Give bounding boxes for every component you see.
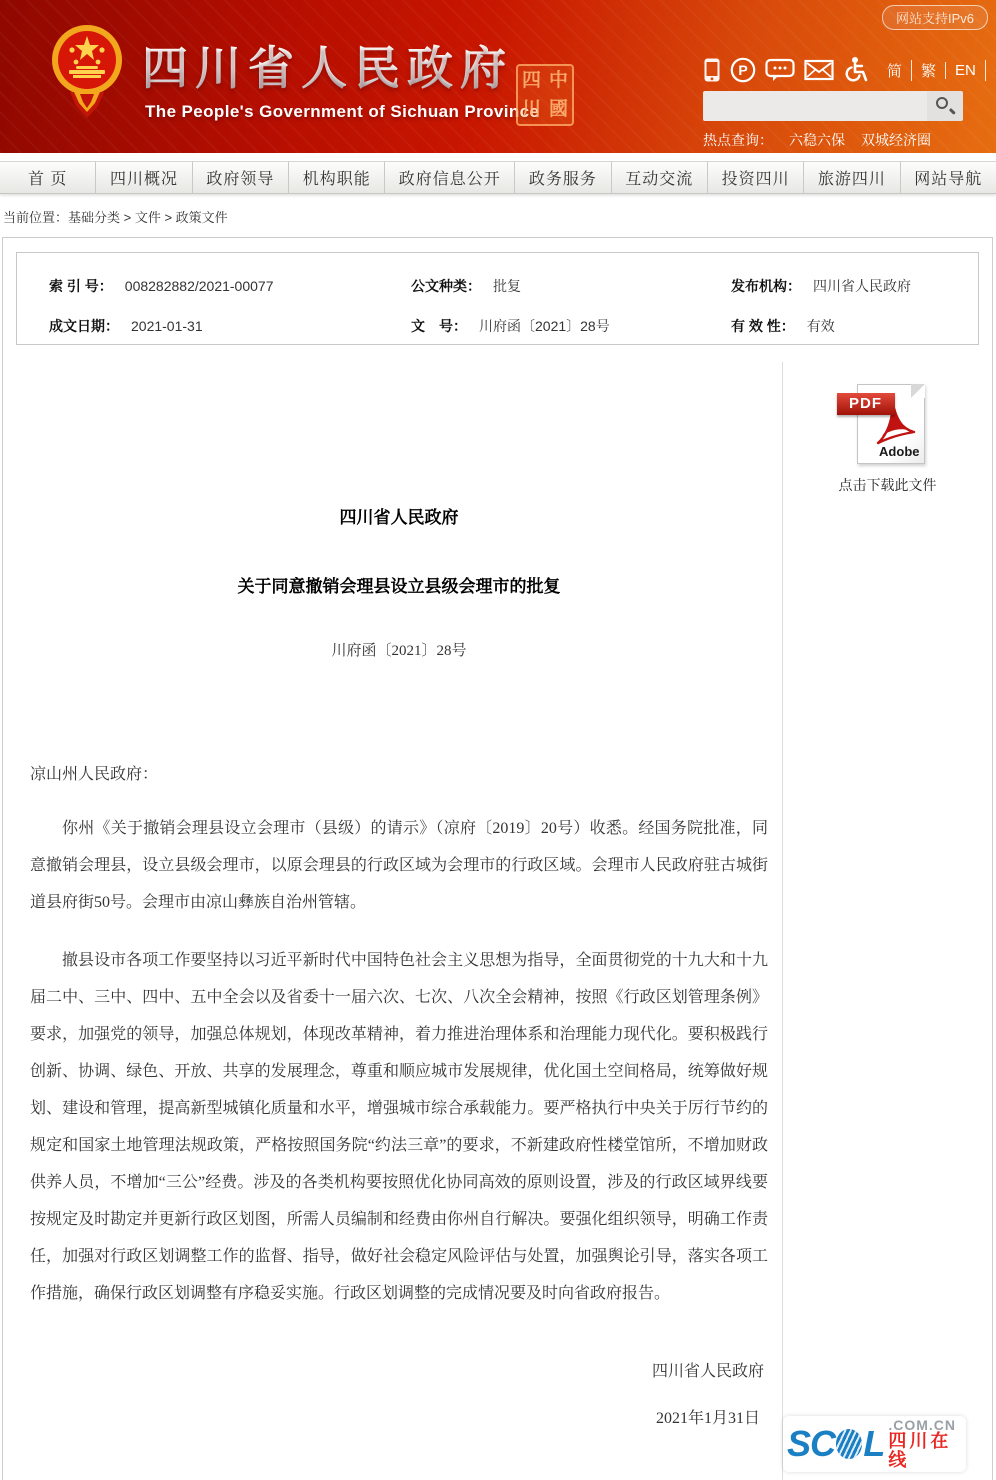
meta-row: 成文日期： 2021-01-31 文 号： 川府函〔2021〕28号 有 效 性… — [17, 310, 978, 341]
globe-icon — [836, 1429, 862, 1459]
scol-text-l: L — [863, 1426, 884, 1462]
document-signature: 四川省人民政府 — [30, 1358, 768, 1381]
header-utility-row: P 简 繁 EN 个人中心 — [703, 56, 996, 84]
nav-item-leaders[interactable]: 政府领导 — [192, 162, 288, 193]
scol-site-logo[interactable]: SC L .COM.CN 四川在线 — [783, 1416, 966, 1472]
document-paragraph-1: 你州《关于撤销会理县设立会理市（县级）的请示》（凉府〔2019〕20号）收悉。经… — [30, 810, 768, 921]
share-p-icon[interactable]: P — [730, 57, 756, 83]
sichuan-seal: 四 中 川 國 — [516, 64, 574, 126]
personal-center-link[interactable]: 个人中心 — [985, 60, 996, 81]
site-title: 四川省人民政府 — [142, 32, 513, 98]
mobile-icon[interactable] — [703, 57, 721, 83]
breadcrumb-path[interactable]: 基础分类 > 文件 > 政策文件 — [68, 210, 228, 225]
scol-site-name: 四川在线 — [888, 1432, 962, 1470]
message-icon[interactable] — [765, 57, 795, 83]
site-subtitle: The People's Government of Sichuan Provi… — [145, 102, 539, 122]
pdf-download-caption: 点击下载此文件 — [833, 475, 943, 495]
language-links: 简 繁 EN 个人中心 — [878, 60, 996, 81]
nav-item-services[interactable]: 政务服务 — [514, 162, 610, 193]
search-button[interactable] — [927, 91, 963, 121]
pdf-banner-label: PDF — [837, 393, 895, 415]
seal-char: 川 — [522, 100, 541, 119]
content-columns: 四川省人民政府 关于同意撤销会理县设立县级会理市的批复 川府函〔2021〕28号… — [16, 362, 992, 1480]
content-panel: 索 引 号： 008282882/2021-00077 公文种类： 批复 发布机… — [2, 237, 993, 1480]
meta-doc-number: 文 号： 川府函〔2021〕28号 — [379, 310, 699, 341]
nav-item-overview[interactable]: 四川概况 — [95, 162, 191, 193]
nav-item-functions[interactable]: 机构职能 — [288, 162, 384, 193]
seal-char: 中 — [549, 71, 568, 90]
page-fold-corner — [911, 384, 925, 398]
hot-search-term[interactable]: 六稳六保 — [789, 130, 845, 150]
nav-item-interaction[interactable]: 互动交流 — [611, 162, 707, 193]
pdf-download-link[interactable]: Adobe PDF 点击下载此文件 — [833, 384, 943, 495]
nav-item-invest[interactable]: 投资四川 — [707, 162, 803, 193]
document-date: 2021年1月31日 — [30, 1405, 768, 1428]
document-number: 川府函〔2021〕28号 — [30, 639, 768, 660]
search-input[interactable] — [703, 91, 927, 121]
nav-item-travel[interactable]: 旅游四川 — [803, 162, 899, 193]
meta-issue-date: 成文日期： 2021-01-31 — [17, 310, 379, 341]
lang-english[interactable]: EN — [945, 62, 985, 79]
nav-item-sitemap[interactable]: 网站导航 — [900, 162, 996, 193]
breadcrumb: 当前位置：基础分类 > 文件 > 政策文件 — [3, 207, 228, 226]
search-bar — [703, 91, 963, 121]
document-body: 四川省人民政府 关于同意撤销会理县设立县级会理市的批复 川府函〔2021〕28号… — [16, 362, 783, 1480]
nav-item-info-disclosure[interactable]: 政府信息公开 — [384, 162, 514, 193]
nav-item-home[interactable]: 首 页 — [0, 162, 95, 193]
site-header: 网站支持IPv6 四川省人民政府 The People's Government… — [0, 0, 996, 153]
document-salutation: 凉山州人民政府： — [30, 761, 768, 784]
meta-index-number: 索 引 号： 008282882/2021-00077 — [17, 270, 379, 301]
scol-text-sc: SC — [787, 1426, 835, 1462]
seal-char: 國 — [549, 100, 568, 119]
meta-row: 索 引 号： 008282882/2021-00077 公文种类： 批复 发布机… — [17, 270, 978, 301]
main-nav: 首 页 四川概况 政府领导 机构职能 政府信息公开 政务服务 互动交流 投资四川… — [0, 161, 996, 194]
breadcrumb-label: 当前位置： — [3, 210, 68, 225]
hot-search-row: 热点查询： 六稳六保 双城经济圈 — [703, 130, 931, 150]
document-paragraph-2: 撤县设市各项工作要坚持以习近平新时代中国特色社会主义思想为指导，全面贯彻党的十九… — [30, 942, 768, 1312]
pdf-file-icon: Adobe PDF — [847, 384, 929, 464]
right-rail: Adobe PDF 点击下载此文件 SC L .COM.CN 四川在线 — [783, 362, 992, 1480]
national-emblem — [50, 22, 124, 140]
hot-search-label: 热点查询： — [703, 130, 773, 150]
hot-search-term[interactable]: 双城经济圈 — [861, 130, 931, 150]
document-org-heading: 四川省人民政府 — [30, 503, 768, 528]
search-icon — [936, 97, 948, 109]
lang-traditional[interactable]: 繁 — [911, 60, 945, 81]
meta-issuing-agency: 发布机构： 四川省人民政府 — [699, 270, 978, 301]
lang-simplified[interactable]: 简 — [878, 60, 911, 81]
seal-char: 四 — [522, 71, 541, 90]
mail-icon[interactable] — [804, 58, 834, 82]
ipv6-support-badge: 网站支持IPv6 — [882, 5, 988, 30]
meta-doc-type: 公文种类： 批复 — [379, 270, 699, 301]
accessibility-icon[interactable] — [843, 56, 869, 84]
document-meta-box: 索 引 号： 008282882/2021-00077 公文种类： 批复 发布机… — [16, 252, 979, 345]
adobe-brand-label: Adobe — [879, 444, 919, 459]
meta-validity: 有 效 性： 有效 — [699, 310, 978, 341]
svg-text:P: P — [738, 62, 747, 78]
document-title: 关于同意撤销会理县设立县级会理市的批复 — [30, 572, 768, 597]
